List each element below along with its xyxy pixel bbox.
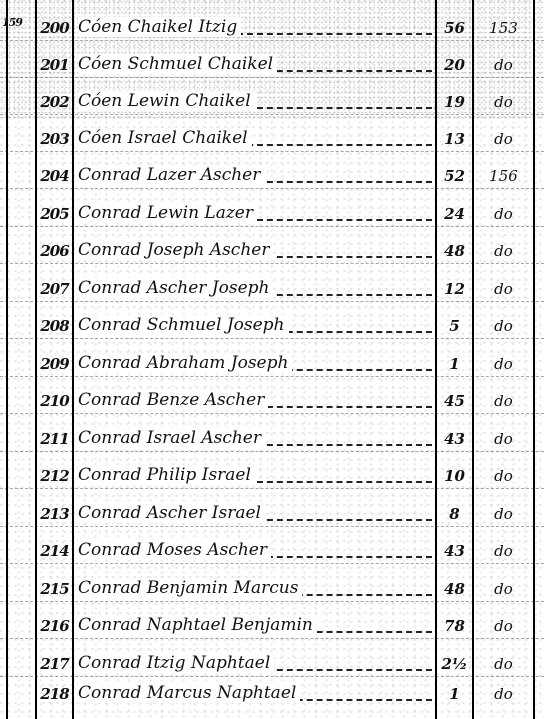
entry-name: Conrad Israel Ascher	[78, 428, 265, 448]
entry-name: Conrad Benjamin Marcus	[78, 578, 302, 598]
entry-age: 48	[437, 242, 472, 260]
entry-name: Conrad Joseph Ascher	[78, 240, 273, 260]
entry-number: 203	[37, 130, 72, 148]
row-rule	[0, 563, 544, 564]
entry-name: Cóen Lewin Chaikel	[78, 91, 255, 111]
row-rule	[0, 413, 544, 414]
row-rule	[0, 338, 544, 339]
register-row: 206 Conrad Joseph Ascher 48 do	[0, 227, 544, 264]
entry-number: 207	[37, 280, 72, 298]
entry-number: 208	[37, 317, 72, 335]
entry-number: 215	[37, 580, 72, 598]
entry-age: 10	[437, 467, 472, 485]
register-row: 205 Conrad Lewin Lazer 24 do	[0, 190, 544, 227]
entry-name: Conrad Lewin Lazer	[78, 203, 257, 223]
entry-name: Conrad Philip Israel	[78, 465, 255, 485]
entry-number: 204	[37, 167, 72, 185]
entry-number: 209	[37, 355, 72, 373]
entry-name: Cóen Chaikel Itzig	[78, 17, 241, 37]
entry-ref: do	[474, 56, 533, 74]
entry-age: 52	[437, 167, 472, 185]
entry-age: 78	[437, 617, 472, 635]
entry-ref: do	[474, 355, 533, 373]
register-row: 216 Conrad Naphtael Benjamin 78 do	[0, 602, 544, 639]
register-row: 215 Conrad Benjamin Marcus 48 do	[0, 565, 544, 602]
entry-age: 24	[437, 205, 472, 223]
entry-number: 210	[37, 392, 72, 410]
register-row: 203 Cóen Israel Chaikel 13 do	[0, 115, 544, 152]
entry-number: 211	[37, 430, 72, 448]
entry-ref: do	[474, 242, 533, 260]
entry-ref: do	[474, 467, 533, 485]
entry-age: 48	[437, 580, 472, 598]
register-row: 202 Cóen Lewin Chaikel 19 do	[0, 78, 544, 115]
entry-age: 1	[437, 355, 472, 373]
entry-name: Cóen Israel Chaikel	[78, 128, 252, 148]
entry-age: 20	[437, 56, 472, 74]
entry-name: Cóen Schmuel Chaikel	[78, 54, 277, 74]
entry-ref: 153	[474, 19, 533, 37]
entry-name: Conrad Marcus Naphtael	[78, 683, 300, 703]
register-row: 201 Cóen Schmuel Chaikel 20 do	[0, 41, 544, 78]
entry-age: 12	[437, 280, 472, 298]
register-row: 212 Conrad Philip Israel 10 do	[0, 452, 544, 489]
entry-number: 212	[37, 467, 72, 485]
register-row: 207 Conrad Ascher Joseph 12 do	[0, 265, 544, 302]
entry-number: 216	[37, 617, 72, 635]
entry-age: 5	[437, 317, 472, 335]
row-rule	[0, 263, 544, 264]
register-row: 214 Conrad Moses Ascher 43 do	[0, 527, 544, 564]
register-row: 218 Conrad Marcus Naphtael 1 do	[0, 670, 544, 707]
entry-ref: do	[474, 580, 533, 598]
entry-ref: do	[474, 505, 533, 523]
register-row: 213 Conrad Ascher Israel 8 do	[0, 490, 544, 527]
row-rule	[0, 638, 544, 639]
entry-age: 8	[437, 505, 472, 523]
entry-ref: do	[474, 392, 533, 410]
entry-number: 214	[37, 542, 72, 560]
register-row: 209 Conrad Abraham Joseph 1 do	[0, 340, 544, 377]
entry-name: Conrad Abraham Joseph	[78, 353, 292, 373]
entry-age: 1	[437, 685, 472, 703]
entry-name: Conrad Naphtael Benjamin	[78, 615, 317, 635]
entry-number: 201	[37, 56, 72, 74]
entry-name: Conrad Benze Ascher	[78, 390, 268, 410]
entry-ref: do	[474, 617, 533, 635]
entry-age: 13	[437, 130, 472, 148]
register-row: 210 Conrad Benze Ascher 45 do	[0, 377, 544, 414]
entry-name: Conrad Ascher Joseph	[78, 278, 273, 298]
entry-ref: do	[474, 93, 533, 111]
entry-age: 19	[437, 93, 472, 111]
ledger-page: 159 200 Cóen Chaikel Itzig 56 153 201 Có…	[0, 0, 544, 719]
entry-age: 45	[437, 392, 472, 410]
entry-number: 200	[37, 19, 72, 37]
entry-age: 43	[437, 430, 472, 448]
entry-ref: do	[474, 430, 533, 448]
entry-name: Conrad Moses Ascher	[78, 540, 271, 560]
entry-ref: do	[474, 205, 533, 223]
entry-number: 218	[37, 685, 72, 703]
entry-ref: do	[474, 317, 533, 335]
entry-age: 56	[437, 19, 472, 37]
register-row: 204 Conrad Lazer Ascher 52 156	[0, 152, 544, 189]
entry-name: Conrad Ascher Israel	[78, 503, 265, 523]
entry-number: 213	[37, 505, 72, 523]
register-row: 211 Conrad Israel Ascher 43 do	[0, 415, 544, 452]
entry-age: 43	[437, 542, 472, 560]
entry-number: 206	[37, 242, 72, 260]
entry-name: Conrad Schmuel Joseph	[78, 315, 289, 335]
entry-name: Conrad Lazer Ascher	[78, 165, 264, 185]
entry-ref: do	[474, 130, 533, 148]
entry-number: 202	[37, 93, 72, 111]
row-rule	[0, 488, 544, 489]
entry-ref: do	[474, 280, 533, 298]
entry-ref: do	[474, 685, 533, 703]
register-row: 208 Conrad Schmuel Joseph 5 do	[0, 302, 544, 339]
entry-number: 205	[37, 205, 72, 223]
entry-ref: 156	[474, 167, 533, 185]
register-row: 200 Cóen Chaikel Itzig 56 153	[0, 4, 544, 41]
entry-ref: do	[474, 542, 533, 560]
row-rule	[0, 188, 544, 189]
